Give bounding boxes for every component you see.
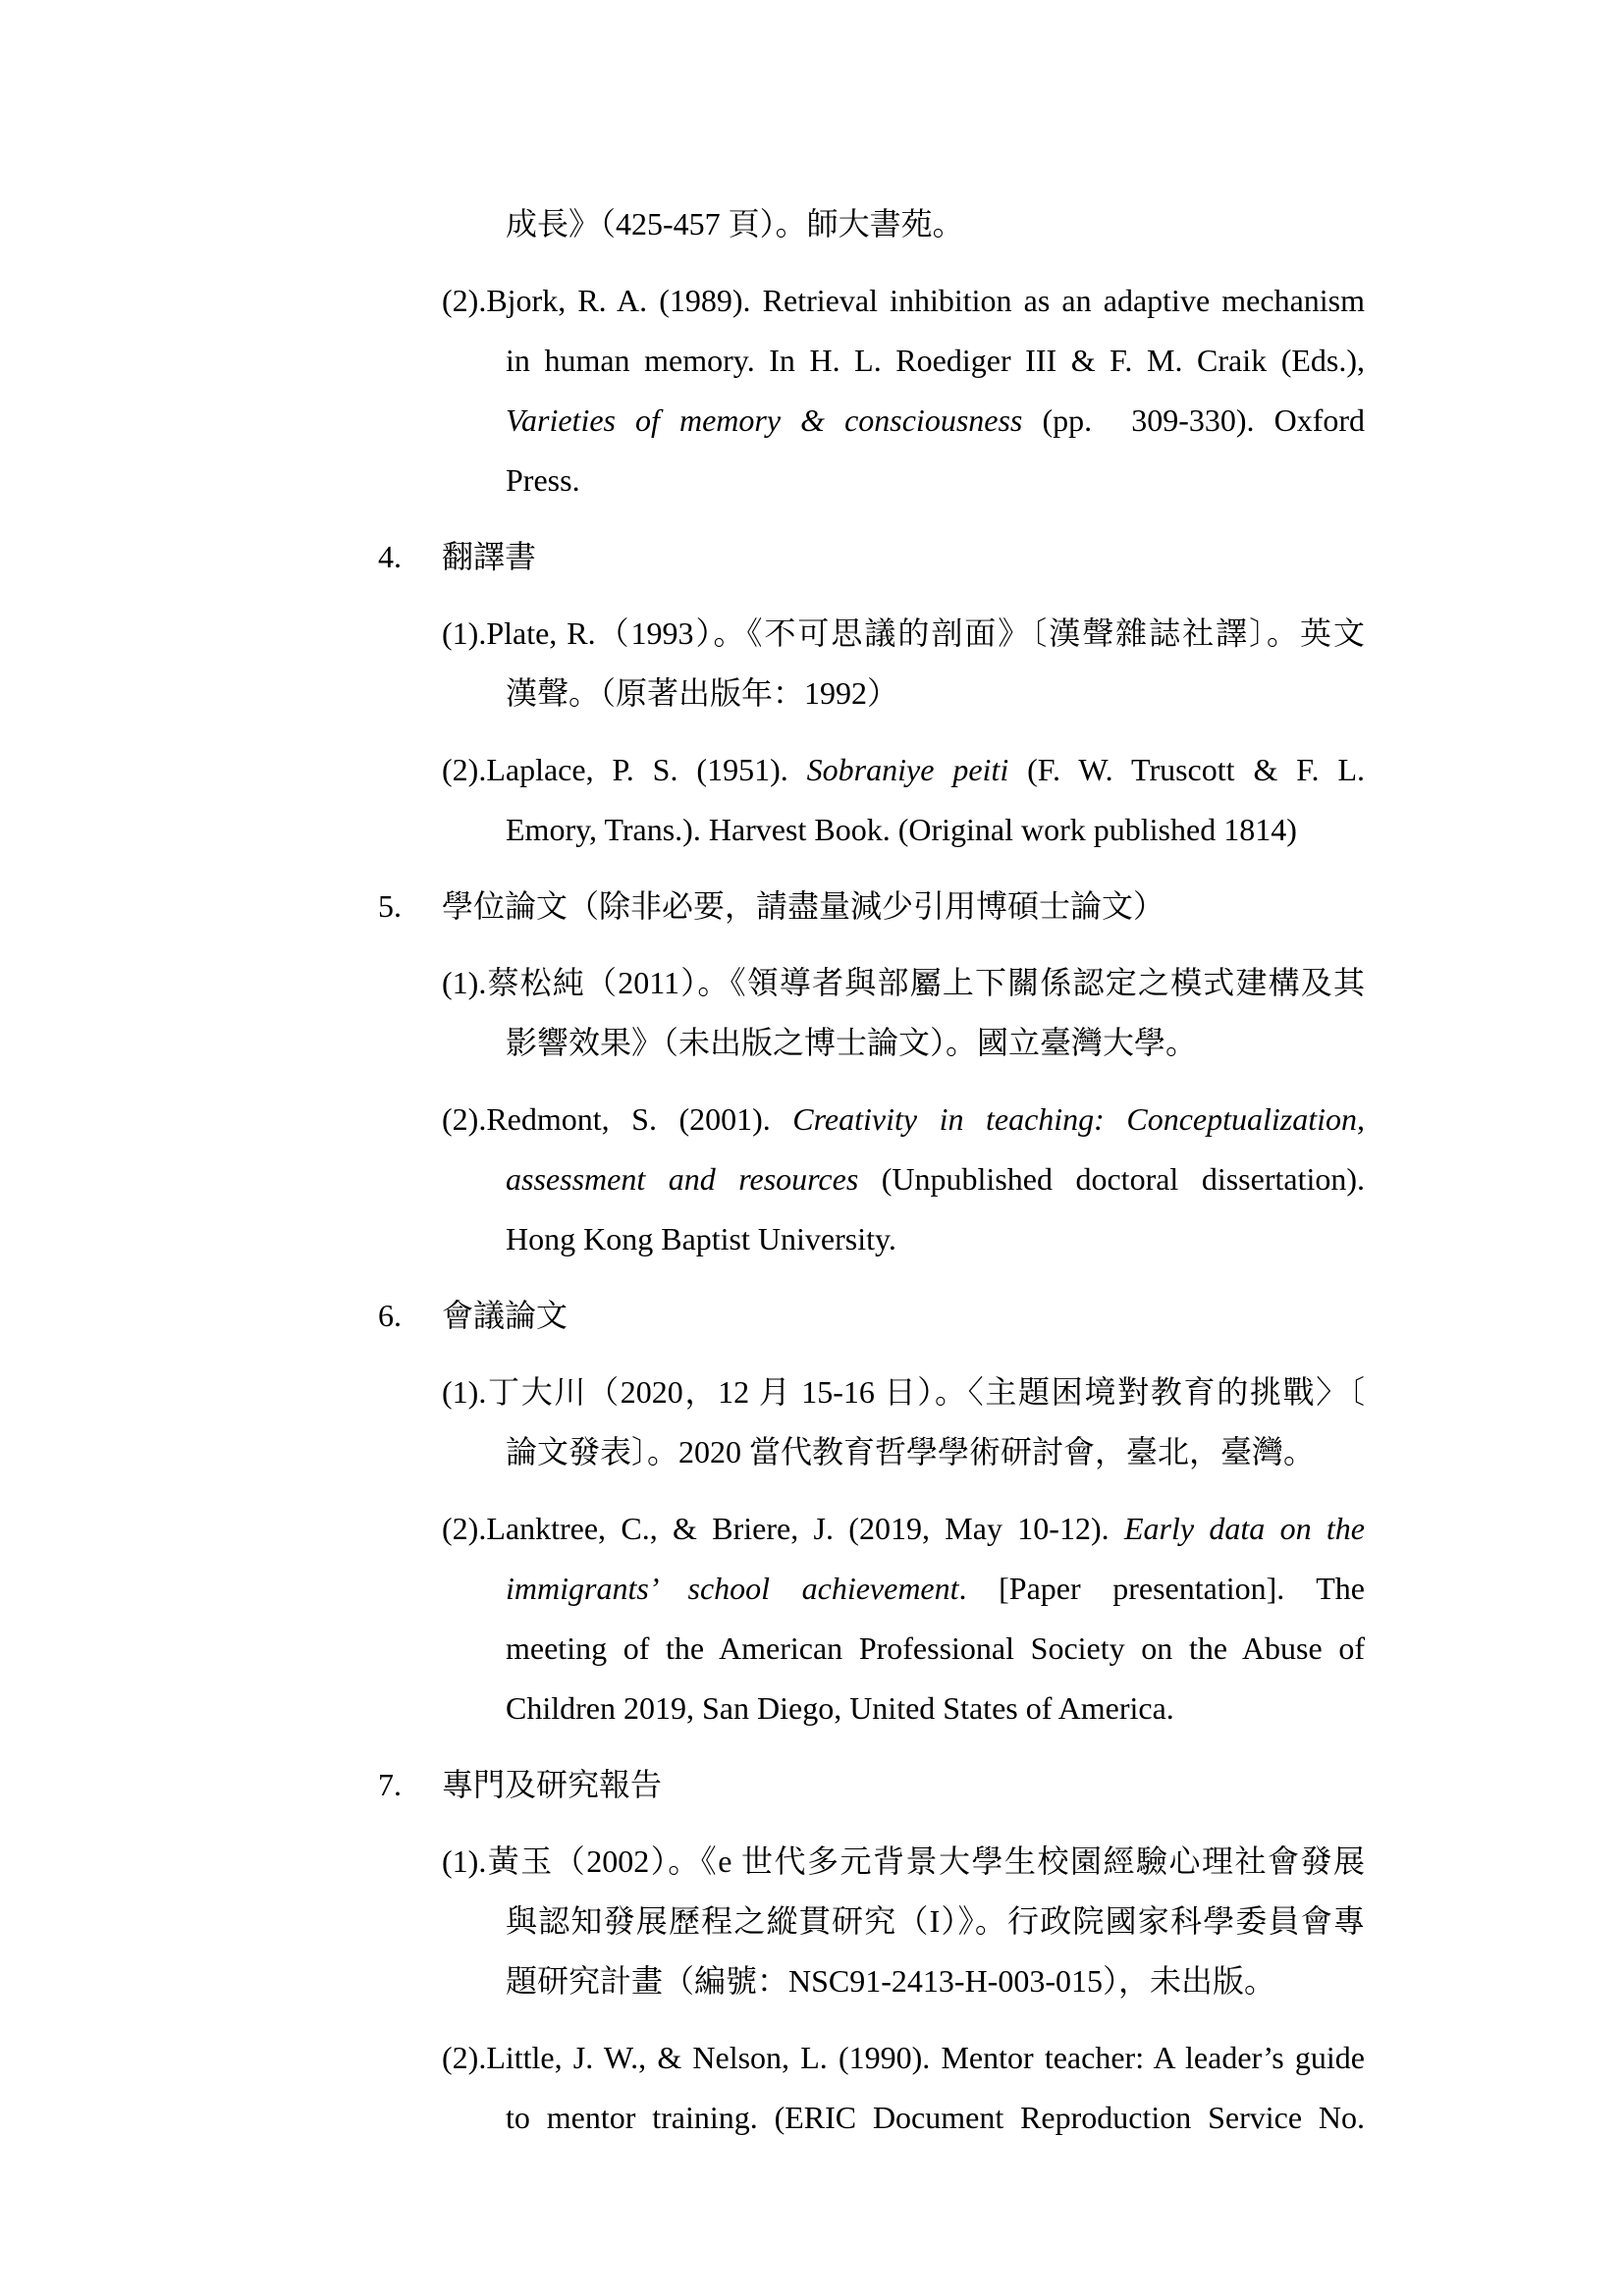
reference-line: (2).Bjork, R. A. (1989). Retrieval inhib… (442, 271, 1365, 331)
reference-entry: (1).Plate, R.（1993）。《不可思議的剖面》〔漢聲雜誌社譯〕。英文… (378, 604, 1365, 723)
reference-text: . [Paper presentation]. The (959, 1571, 1365, 1606)
section-heading-line: 6.會議論文 (378, 1286, 1365, 1346)
reference-text: in human memory. In H. L. Roediger III &… (506, 343, 1365, 378)
reference-line: meeting of the American Professional Soc… (506, 1619, 1365, 1679)
reference-text-italic: assessment and resources (506, 1161, 858, 1197)
reference-text-italic: Early data on the (1124, 1511, 1365, 1546)
reference-entry: (1).丁大川（2020，12 月 15-16 日）。〈主題困境對教育的挑戰〉〔… (378, 1362, 1365, 1482)
reference-line: Emory, Trans.). Harvest Book. (Original … (506, 800, 1365, 860)
reference-line: Press. (506, 451, 1365, 510)
section-number: 7. (378, 1755, 442, 1815)
reference-entry: (2).Bjork, R. A. (1989). Retrieval inhib… (378, 271, 1365, 510)
reference-text: Hong Kong Baptist University. (506, 1221, 896, 1256)
section-number: 6. (378, 1286, 442, 1346)
reference-entry: (2).Redmont, S. (2001). Creativity in te… (378, 1090, 1365, 1269)
reference-text-italic: Creativity in teaching: Conceptualizatio… (792, 1101, 1365, 1137)
reference-entry: (2).Little, J. W., & Nelson, L. (1990). … (378, 2028, 1365, 2148)
reference-line: 題研究計畫（編號：NSC91-2413-H-003-015），未出版。 (506, 1951, 1365, 2011)
reference-text: (1).黃玉（2002）。《e 世代多元背景大學生校園經驗心理社會發展 (442, 1843, 1365, 1879)
reference-line: (2).Little, J. W., & Nelson, L. (1990). … (442, 2028, 1365, 2088)
reference-entry: (2).Lanktree, C., & Briere, J. (2019, Ma… (378, 1499, 1365, 1738)
reference-line: 與認知發展歷程之縱貫研究（I）》。行政院國家科學委員會專 (506, 1892, 1365, 1951)
reference-continuation: 成長》（425-457 頁）。師大書苑。 (378, 194, 1365, 254)
reference-line: 影響效果》（未出版之博士論文）。國立臺灣大學。 (506, 1013, 1365, 1073)
reference-text: (F. W. Truscott & F. L. (1008, 752, 1365, 787)
section-heading-line: 5.學位論文（除非必要，請盡量減少引用博碩士論文） (378, 877, 1365, 936)
reference-text-italic: immigrants’ school achievement (506, 1571, 959, 1606)
reference-text: to mentor training. (ERIC Document Repro… (506, 2100, 1365, 2135)
reference-text: (2).Redmont, S. (2001). (442, 1101, 792, 1137)
reference-line: to mentor training. (ERIC Document Repro… (506, 2088, 1365, 2148)
reference-line: (1).Plate, R.（1993）。《不可思議的剖面》〔漢聲雜誌社譯〕。英文 (442, 604, 1365, 664)
reference-text: (pp. 309-330). Oxford (1022, 402, 1365, 438)
section-title: 學位論文（除非必要，請盡量減少引用博碩士論文） (442, 877, 1164, 936)
reference-text: meeting of the American Professional Soc… (506, 1630, 1365, 1666)
reference-text: 影響效果》（未出版之博士論文）。國立臺灣大學。 (506, 1025, 1197, 1060)
document-content: 成長》（425-457 頁）。師大書苑。(2).Bjork, R. A. (19… (0, 0, 1365, 2148)
section-heading-line: 7.專門及研究報告 (378, 1755, 1365, 1815)
section-heading: 5.學位論文（除非必要，請盡量減少引用博碩士論文） (378, 877, 1365, 936)
reference-text: (2).Little, J. W., & Nelson, L. (1990). … (442, 2040, 1365, 2075)
section-number: 4. (378, 527, 442, 587)
reference-entry: (1).黃玉（2002）。《e 世代多元背景大學生校園經驗心理社會發展與認知發展… (378, 1832, 1365, 2011)
reference-line: 漢聲。（原著出版年：1992） (506, 664, 1365, 723)
reference-line: (1).黃玉（2002）。《e 世代多元背景大學生校園經驗心理社會發展 (442, 1832, 1365, 1892)
reference-text: (1).丁大川（2020，12 月 15-16 日）。〈主題困境對教育的挑戰〉〔 (442, 1374, 1365, 1410)
reference-line: (2).Laplace, P. S. (1951). Sobraniye pei… (442, 740, 1365, 800)
reference-text: (2).Bjork, R. A. (1989). Retrieval inhib… (442, 283, 1365, 318)
reference-line: (1).蔡松純（2011）。《領導者與部屬上下關係認定之模式建構及其 (442, 953, 1365, 1013)
section-heading-line: 4.翻譯書 (378, 527, 1365, 587)
reference-text: 漢聲。（原著出版年：1992） (506, 675, 898, 711)
section-heading: 4.翻譯書 (378, 527, 1365, 587)
reference-line: 論文發表〕。2020 當代教育哲學學術研討會，臺北，臺灣。 (506, 1422, 1365, 1482)
reference-text: 成長》（425-457 頁）。師大書苑。 (506, 206, 964, 241)
reference-text: (2).Laplace, P. S. (1951). (442, 752, 807, 787)
reference-text: 與認知發展歷程之縱貫研究（I）》。行政院國家科學委員會專 (506, 1903, 1365, 1939)
section-heading: 7.專門及研究報告 (378, 1755, 1365, 1815)
reference-text: (1).Plate, R.（1993）。《不可思議的剖面》〔漢聲雜誌社譯〕。英文 (442, 615, 1365, 651)
reference-line: Children 2019, San Diego, United States … (506, 1679, 1365, 1738)
reference-line: Hong Kong Baptist University. (506, 1209, 1365, 1269)
reference-entry: (1).蔡松純（2011）。《領導者與部屬上下關係認定之模式建構及其影響效果》（… (378, 953, 1365, 1073)
reference-text-italic: Varieties of memory & consciousness (506, 402, 1022, 438)
reference-line: assessment and resources (Unpublished do… (506, 1149, 1365, 1209)
reference-text: (2).Lanktree, C., & Briere, J. (2019, Ma… (442, 1511, 1124, 1546)
reference-text: 題研究計畫（編號：NSC91-2413-H-003-015），未出版。 (506, 1963, 1275, 1999)
reference-entry: (2).Laplace, P. S. (1951). Sobraniye pei… (378, 740, 1365, 860)
section-title: 翻譯書 (442, 527, 536, 587)
section-heading: 6.會議論文 (378, 1286, 1365, 1346)
reference-line: (2).Lanktree, C., & Briere, J. (2019, Ma… (442, 1499, 1365, 1559)
reference-text: 論文發表〕。2020 當代教育哲學學術研討會，臺北，臺灣。 (506, 1434, 1315, 1469)
reference-text: Children 2019, San Diego, United States … (506, 1690, 1174, 1726)
reference-text: Emory, Trans.). Harvest Book. (Original … (506, 812, 1297, 847)
reference-line: in human memory. In H. L. Roediger III &… (506, 331, 1365, 391)
reference-line: (2).Redmont, S. (2001). Creativity in te… (442, 1090, 1365, 1149)
reference-line: 成長》（425-457 頁）。師大書苑。 (506, 194, 1365, 254)
reference-text: Press. (506, 462, 580, 498)
section-title: 專門及研究報告 (442, 1755, 662, 1815)
document-page: 成長》（425-457 頁）。師大書苑。(2).Bjork, R. A. (19… (0, 0, 1624, 2296)
reference-line: Varieties of memory & consciousness (pp.… (506, 391, 1365, 451)
reference-line: (1).丁大川（2020，12 月 15-16 日）。〈主題困境對教育的挑戰〉〔 (442, 1362, 1365, 1422)
reference-text-italic: Sobraniye peiti (807, 752, 1009, 787)
reference-line: immigrants’ school achievement. [Paper p… (506, 1559, 1365, 1619)
section-title: 會議論文 (442, 1286, 568, 1346)
section-number: 5. (378, 877, 442, 936)
reference-text: (1).蔡松純（2011）。《領導者與部屬上下關係認定之模式建構及其 (442, 965, 1365, 1000)
reference-text: (Unpublished doctoral dissertation). (858, 1161, 1365, 1197)
